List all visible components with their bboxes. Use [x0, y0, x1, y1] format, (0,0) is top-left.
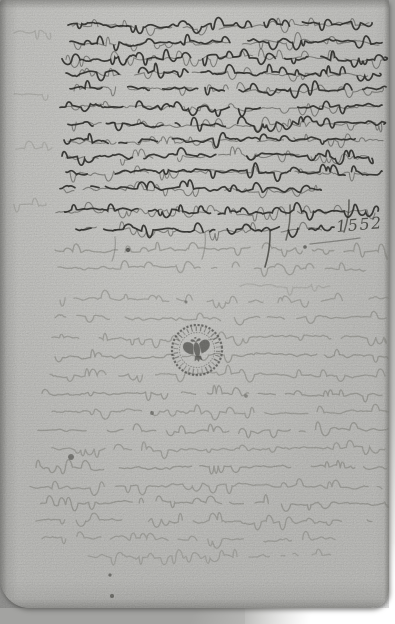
- manuscript-page: [0, 0, 389, 608]
- date-year-text: 1552: [335, 213, 383, 236]
- manuscript-scan: 1552: [0, 0, 395, 624]
